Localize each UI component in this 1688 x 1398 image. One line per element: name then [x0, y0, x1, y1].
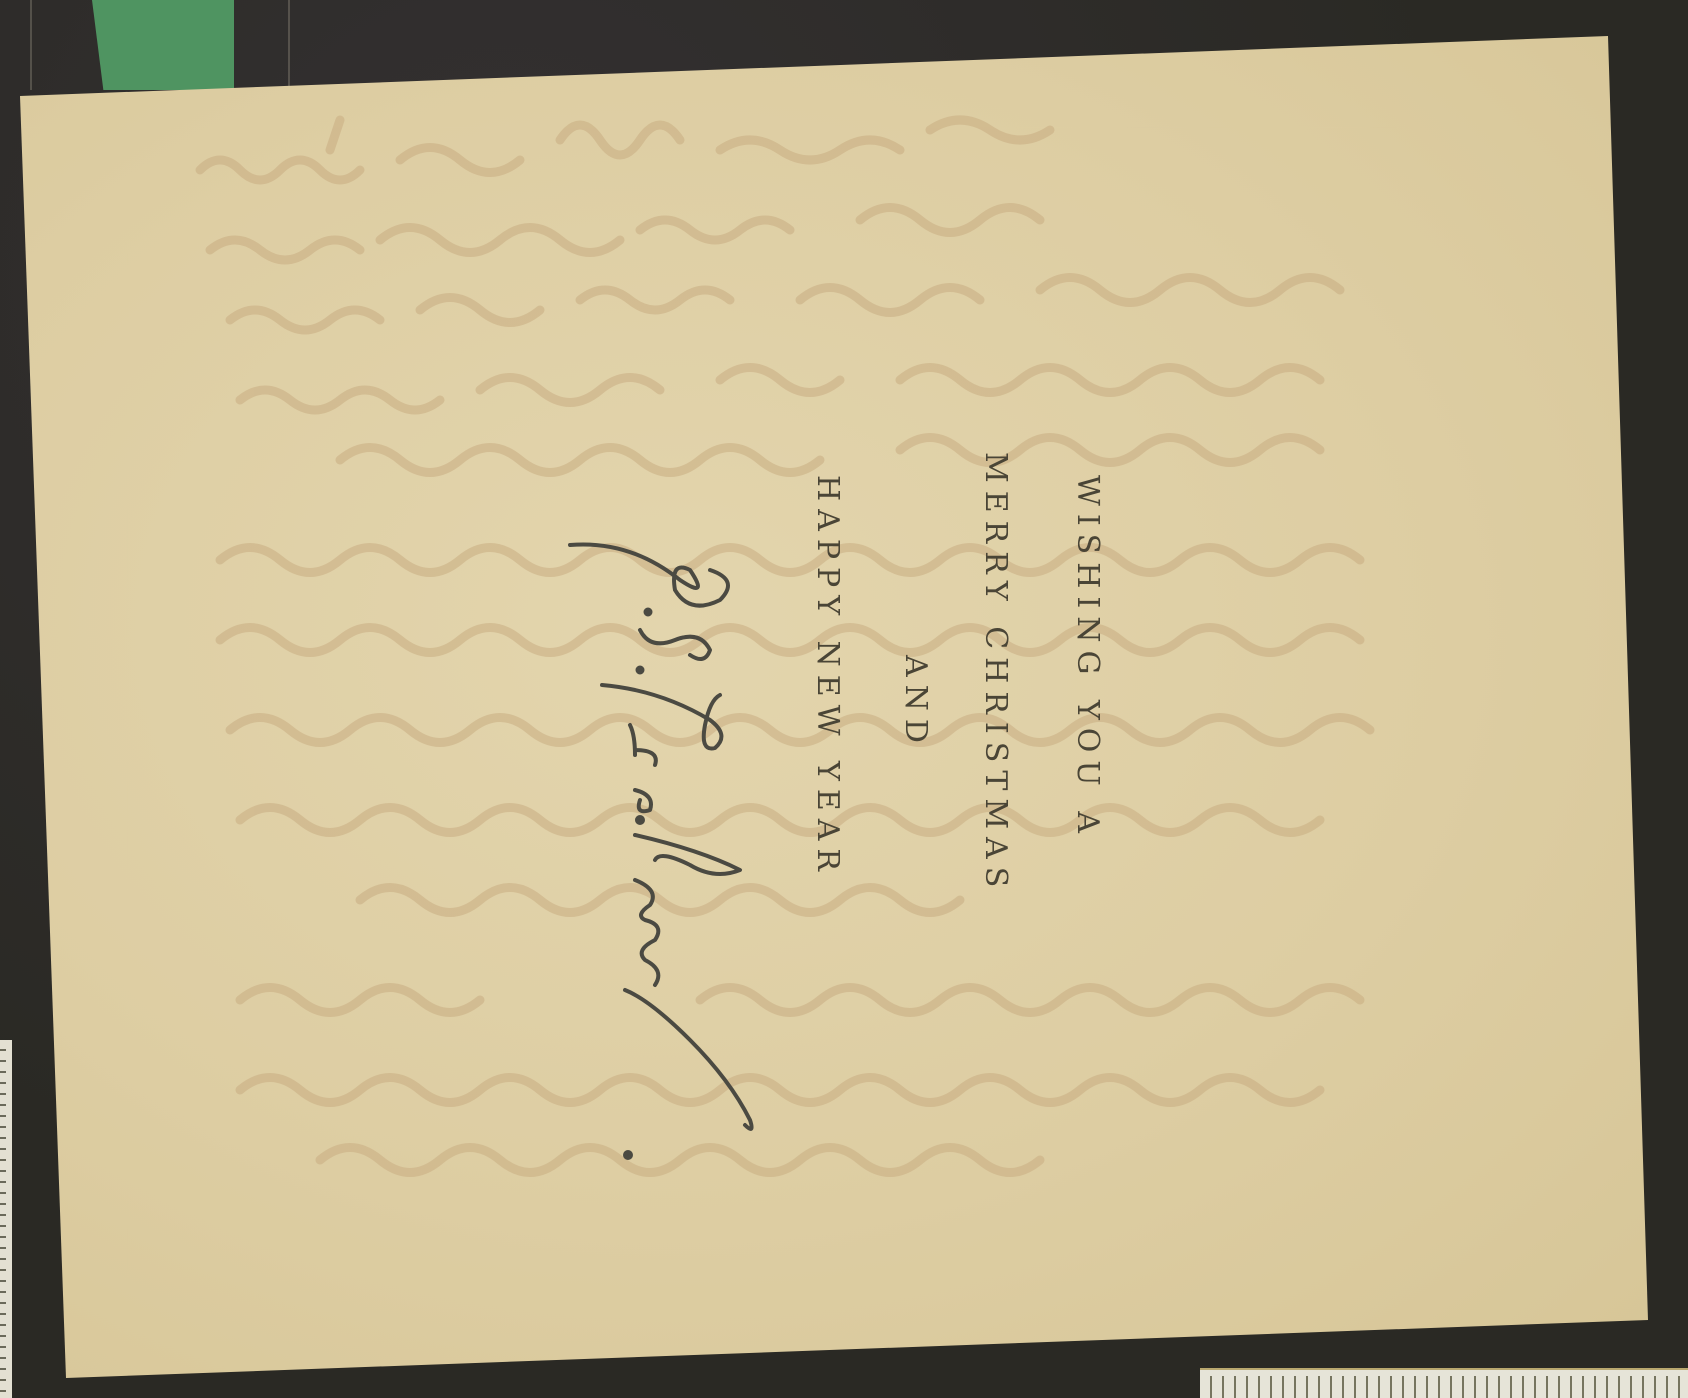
greeting-line-happy-new-year: HAPPY NEW YEAR — [810, 475, 845, 879]
handwritten-signature: J. S. Furnivall. — [540, 520, 800, 1280]
signature-text: J. S. Furnivall. — [540, 520, 634, 524]
greeting-print-block: WISHING YOU A MERRY CHRISTMAS AND HAPPY … — [800, 430, 1140, 990]
greeting-line-and: AND — [898, 655, 933, 751]
greeting-line-wishing: WISHING YOU A — [1070, 475, 1105, 841]
greeting-line-merry-christmas: MERRY CHRISTMAS — [978, 452, 1013, 895]
